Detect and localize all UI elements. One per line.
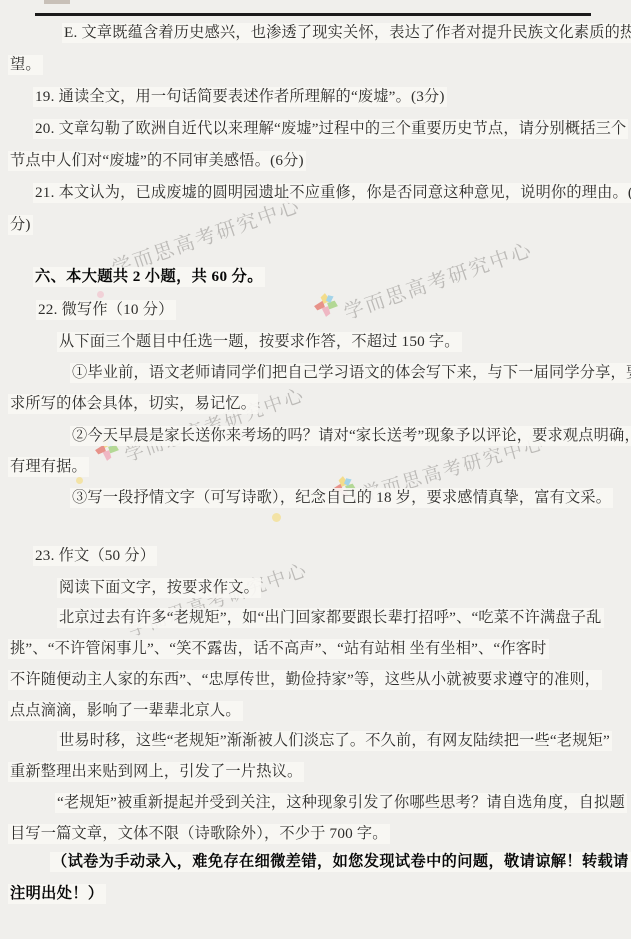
text-line: 节点中人们对“废墟”的不同审美感悟。(6分) bbox=[8, 151, 306, 171]
text-line: 挑”、“不许管闲事儿”、“笑不露齿，话不高声”、“站有站相 坐有坐相”、“作客时 bbox=[8, 639, 549, 659]
text-line: 22. 微写作（10 分） bbox=[36, 300, 176, 320]
text-line: 20. 文章勾勒了欧洲自近代以来理解“废墟”过程中的三个重要历史节点，请分别概括… bbox=[33, 119, 628, 139]
text-line: 阅读下面文字，按要求作文。 bbox=[57, 578, 261, 598]
bold-text-line: （试卷为手动录入，难免存在细微差错，如您发现试卷中的问题，敬请谅解！转载请 bbox=[50, 852, 631, 872]
text-line: 北京过去有许多“老规矩”，如“出门回家都要跟长辈打招呼”、“吃菜不许满盘子乱 bbox=[57, 608, 604, 628]
watermark-pinwheel-logo-icon bbox=[313, 292, 339, 323]
text-line: “老规矩”被重新提起并受到关注，这种现象引发了你哪些思考？请自选角度，自拟题 bbox=[55, 793, 627, 813]
text-line: 目写一篇文章，文体不限（诗歌除外），不少于 700 字。 bbox=[8, 824, 390, 844]
text-line: 有理有据。 bbox=[8, 457, 89, 477]
watermark-text: 学而思高考研究中心 bbox=[121, 380, 309, 467]
text-line: 望。 bbox=[8, 55, 43, 75]
scan-artifact bbox=[44, 0, 70, 4]
text-line: 点点滴滴，影响了一辈辈北京人。 bbox=[8, 701, 243, 721]
scan-color-speck bbox=[97, 291, 104, 298]
text-line: 求所写的体会具体，切实，易记忆。 bbox=[8, 394, 258, 414]
text-line: E. 文章既蕴含着历史感兴，也渗透了现实关怀，表达了作者对提升民族文化素质的热 bbox=[62, 23, 631, 43]
scan-color-speck bbox=[272, 513, 281, 522]
text-line: 从下面三个题目中任选一题，按要求作答，不超过 150 字。 bbox=[57, 332, 462, 352]
scan-color-speck bbox=[76, 477, 83, 484]
watermark-text: 学而思高考研究中心 bbox=[339, 233, 536, 325]
text-line: 23. 作文（50 分） bbox=[33, 546, 157, 566]
scanned-exam-page: 学而思高考研究中心学而思高考研究中心学而思高考研究中心学而思高考研究中心学而思高… bbox=[0, 0, 631, 939]
text-line: 19. 通读全文，用一句话简要表述作者所理解的“废墟”。(3分) bbox=[33, 87, 447, 107]
text-line: 重新整理出来贴到网上，引发了一片热议。 bbox=[8, 762, 304, 782]
text-line: 不许随便动主人家的东西”、“忠厚传世，勤俭持家”等，这些从小就被要求遵守的准则， bbox=[8, 670, 602, 690]
text-line: ①毕业前，语文老师请同学们把自己学习语文的体会写下来，与下一届同学分享，要 bbox=[70, 363, 631, 383]
top-rule bbox=[35, 13, 591, 16]
text-line: 分) bbox=[8, 215, 33, 235]
watermark-text: 学而思高考研究中心 bbox=[124, 555, 312, 642]
bold-text-line: 注明出处！） bbox=[8, 884, 106, 904]
bold-text-line: 六、本大题共 2 小题，共 60 分。 bbox=[33, 267, 265, 287]
text-line: ③写一段抒情文字（可写诗歌），纪念自己的 18 岁，要求感情真挚，富有文采。 bbox=[70, 488, 613, 508]
text-line: 21. 本文认为，已成废墟的圆明园遗址不应重修，你是否同意这种意见，说明你的理由… bbox=[33, 183, 631, 203]
text-line: ②今天早晨是家长送你来考场的吗？请对“家长送考”现象予以评论，要求观点明确， bbox=[70, 426, 631, 446]
text-line: 世易时移，这些“老规矩”渐渐被人们淡忘了。不久前，有网友陆续把一些“老规矩” bbox=[57, 731, 612, 751]
